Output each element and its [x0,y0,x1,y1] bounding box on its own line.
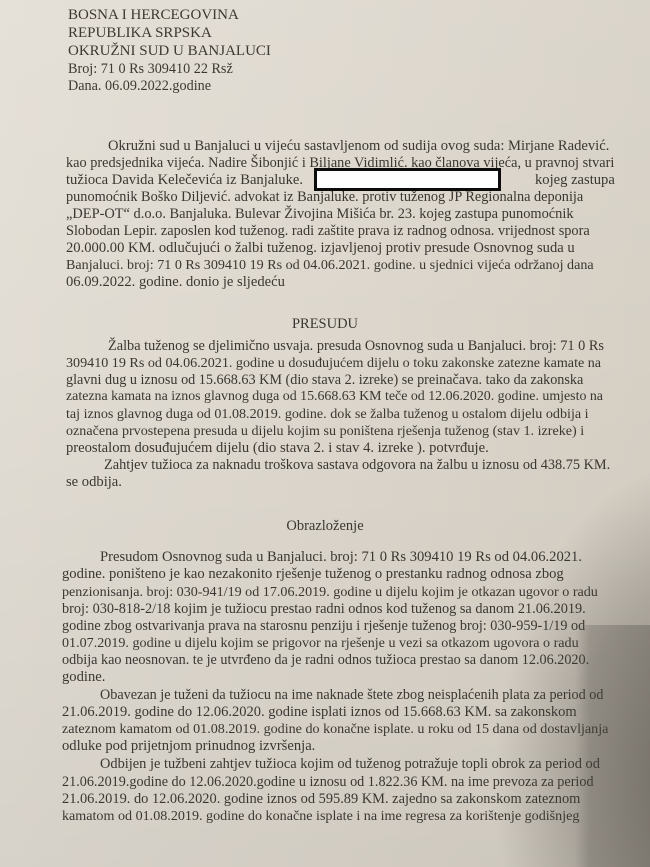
redaction-box [314,168,501,191]
reasoning-line: Obavezan je tuženi da tužiocu na ime nak… [100,688,603,702]
header-date: Dana. 06.09.2022.godine [68,78,211,95]
verdict-title: PRESUDU [0,316,650,333]
reasoning-line: odluke pod prijetnjom prinudnog izvršenj… [62,739,315,754]
reasoning-line: godine. [62,670,105,685]
verdict-line: taj iznos glavnog duga od 01.08.2019. go… [66,407,589,421]
intro-line: punomoćnik Boško Diljević. advokat iz Ba… [66,190,583,204]
verdict-line: zatezna kamata na iznos glavnog duga od … [66,390,603,404]
intro-line: „DEP-OT“ d.o.o. Banjaluka. Bulevar Živoj… [66,207,574,221]
verdict-line: preostalom dosuđujućem dijelu (dio stava… [66,441,489,456]
reasoning-line: godine. poništeno je kao nezakonito rješ… [62,567,564,582]
reasoning-line: zateznom kamatom od 01.08.2019. godine d… [62,722,608,736]
intro-line: Banjaluci. broj: 71 0 Rs 309410 19 Rs od… [66,258,594,272]
verdict-line: označena prvostepena presuda u dijelu ko… [66,424,584,438]
verdict-line: 309410 19 Rs od 04.06.2021. godine u dos… [66,356,601,370]
reasoning-line: Odbijen je tužbeni zahtjev tužioca kojim… [100,757,600,771]
intro-line: kojeg zastupa [535,173,615,188]
reasoning-line: godine zbog ostvarivanja prava na staros… [62,619,585,633]
reasoning-title: Obrazloženje [0,518,650,535]
reasoning-line: 21.06.2019.godine do 12.06.2020.godine u… [62,775,594,789]
header-court: OKRUŽNI SUD U BANJALUCI [68,43,271,60]
reasoning-line: kamatom od 01.08.2019. godine do konačne… [62,809,579,823]
intro-line: Okružni sud u Banjaluci u vijeću sastavl… [108,139,631,154]
case-number: Broj: 71 0 Rs 309410 22 Rsž [68,61,233,78]
verdict-line: se odbija. [66,475,122,490]
reasoning-line: penzionisanja. broj: 030-941/19 od 17.06… [62,585,598,599]
reasoning-line: broj: 030-818-2/18 kojim je tužiocu pres… [62,602,586,616]
verdict-line: Žalba tuženog se djelimično usvaja. pres… [108,339,604,353]
intro-line: Slobodan Lepir. zaposlen kod tuženog. ra… [66,224,590,238]
verdict-line: glavni dug u iznosu od 15.668.63 KM (dio… [66,373,583,387]
reasoning-line: 21.06.2019. godine do 12.06.2020. godine… [62,705,577,720]
reasoning-line: 21.06.2019. do 12.06.2020. godine iznos … [62,792,580,806]
document-page: BOSNA I HERCEGOVINA REPUBLIKA SRPSKA OKR… [0,0,650,867]
intro-line: 20.000.00 KM. odlučujući o žalbi tuženog… [66,241,575,256]
intro-line: tužioca Davida Kelečevića iz Banjaluke. [66,173,303,188]
verdict-line: Zahtjev tužioca za naknadu troškova sast… [104,458,610,472]
reasoning-line: Presudom Osnovnog suda u Banjaluci. broj… [100,550,582,565]
intro-line: 06.09.2022. godine. donio je sljedeću [66,275,285,290]
reasoning-line: 01.07.2019. godine u dijelu kojim se pri… [62,636,579,650]
header-country: BOSNA I HERCEGOVINA [68,7,239,24]
header-republic: REPUBLIKA SRPSKA [68,25,212,42]
reasoning-line: odbija kao neosnovan. te je utvrđeno da … [62,653,589,667]
